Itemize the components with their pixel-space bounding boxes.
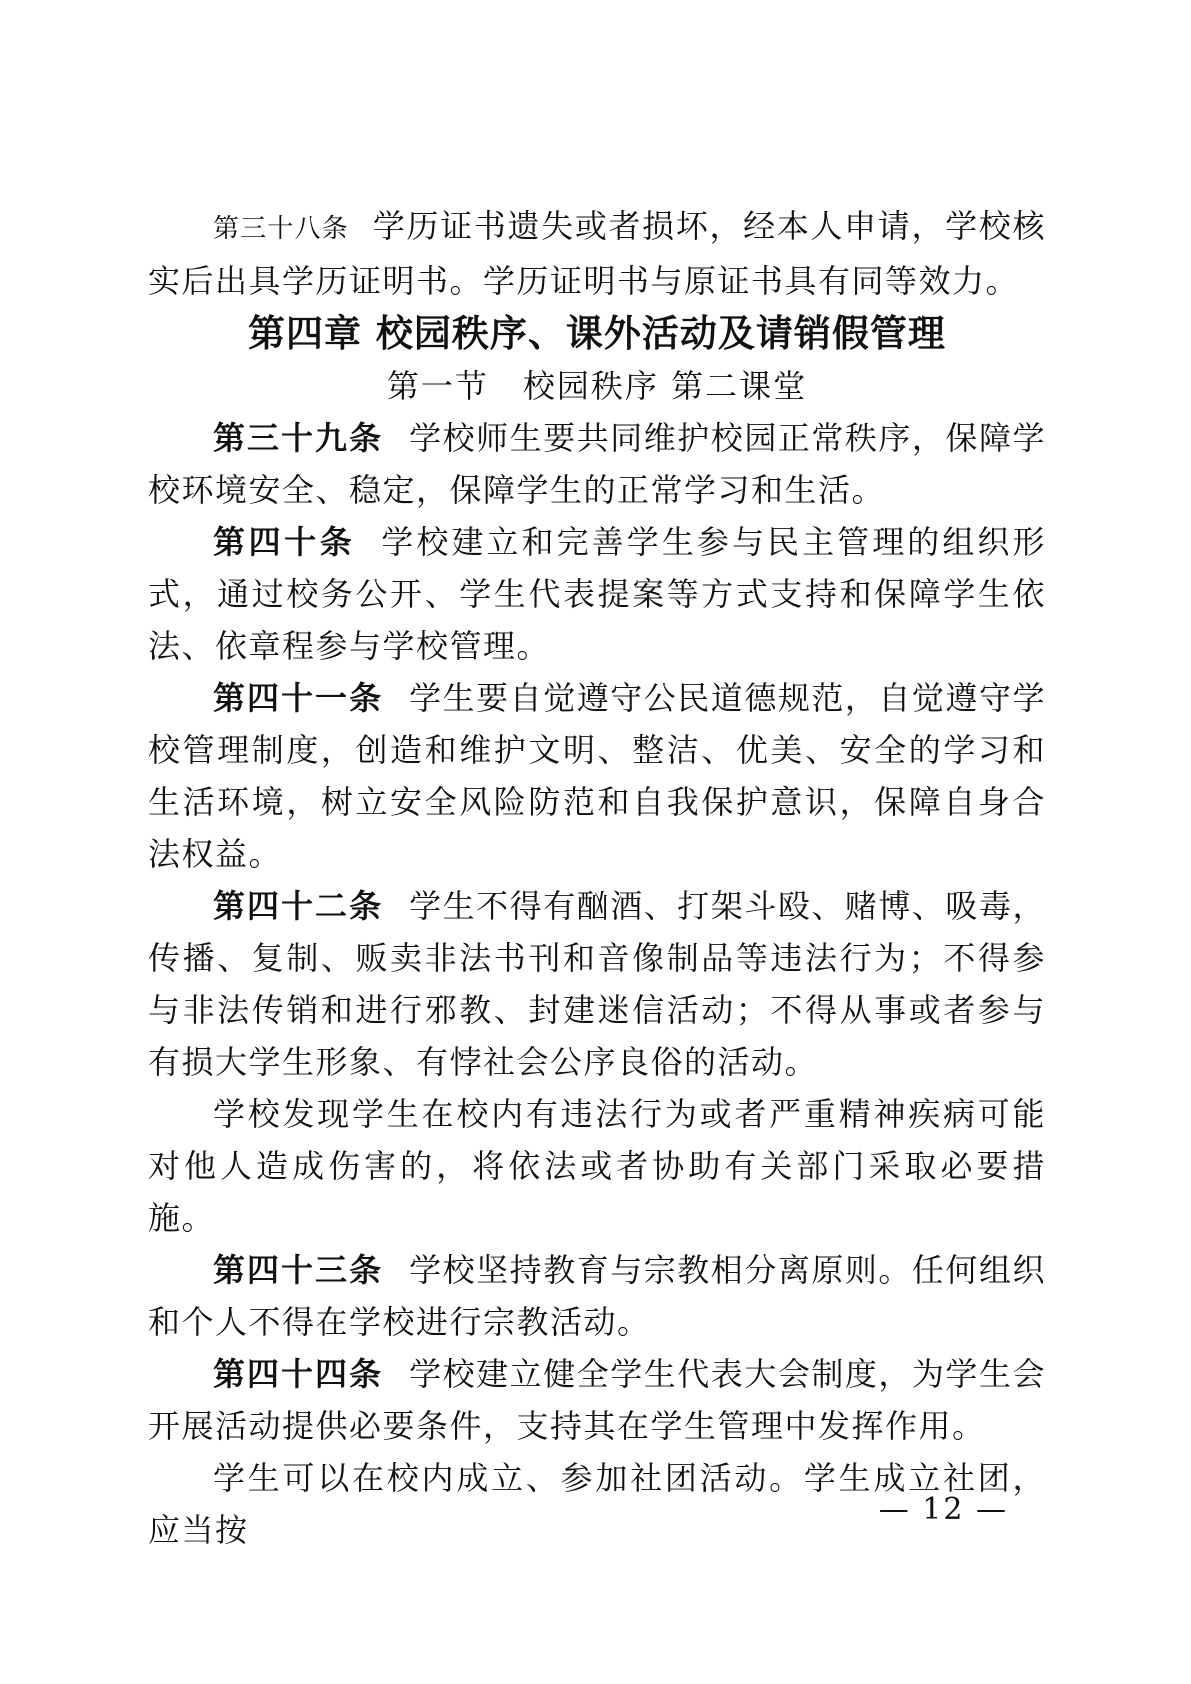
- article-40-paragraph: 第四十条学校建立和完善学生参与民主管理的组织形式，通过校务公开、学生代表提案等方…: [148, 516, 1046, 672]
- article-44-number: 第四十四条: [213, 1355, 383, 1393]
- article-38-number: 第三十八条: [213, 214, 349, 244]
- article-43-number: 第四十三条: [213, 1251, 383, 1289]
- article-41-paragraph: 第四十一条学生要自觉遵守公民道德规范，自觉遵守学校管理制度，创造和维护文明、整洁…: [148, 672, 1046, 880]
- article-43-paragraph: 第四十三条学校坚持教育与宗教相分离原则。任何组织和个人不得在学校进行宗教活动。: [148, 1244, 1046, 1348]
- document-body: 第三十八条学历证书遗失或者损坏，经本人申请，学校核实后出具学历证明书。学历证明书…: [148, 200, 1046, 1556]
- chapter-4-heading: 第四章 校园秩序、课外活动及请销假管理: [148, 307, 1046, 360]
- article-44-paragraph: 第四十四条学校建立健全学生代表大会制度，为学生会开展活动提供必要条件，支持其在学…: [148, 1348, 1046, 1452]
- article-42-paragraph-2: 学校发现学生在校内有违法行为或者严重精神疾病可能对他人造成伤害的，将依法或者协助…: [148, 1088, 1046, 1244]
- article-39-number: 第三十九条: [213, 419, 383, 457]
- document-page: 第三十八条学历证书遗失或者损坏，经本人申请，学校核实后出具学历证明书。学历证明书…: [0, 0, 1191, 1684]
- article-42-number: 第四十二条: [213, 887, 383, 925]
- article-40-number: 第四十条: [213, 523, 355, 561]
- article-42-paragraph: 第四十二条学生不得有酗酒、打架斗殴、赌博、吸毒，传播、复制、贩卖非法书刊和音像制…: [148, 880, 1046, 1088]
- page-number: — 12 —: [148, 1492, 1046, 1528]
- article-39-paragraph: 第三十九条学校师生要共同维护校园正常秩序，保障学校环境安全、稳定，保障学生的正常…: [148, 412, 1046, 516]
- article-38-paragraph: 第三十八条学历证书遗失或者损坏，经本人申请，学校核实后出具学历证明书。学历证明书…: [148, 200, 1046, 307]
- section-1-heading: 第一节 校园秩序 第二课堂: [148, 360, 1046, 412]
- article-41-number: 第四十一条: [213, 679, 383, 717]
